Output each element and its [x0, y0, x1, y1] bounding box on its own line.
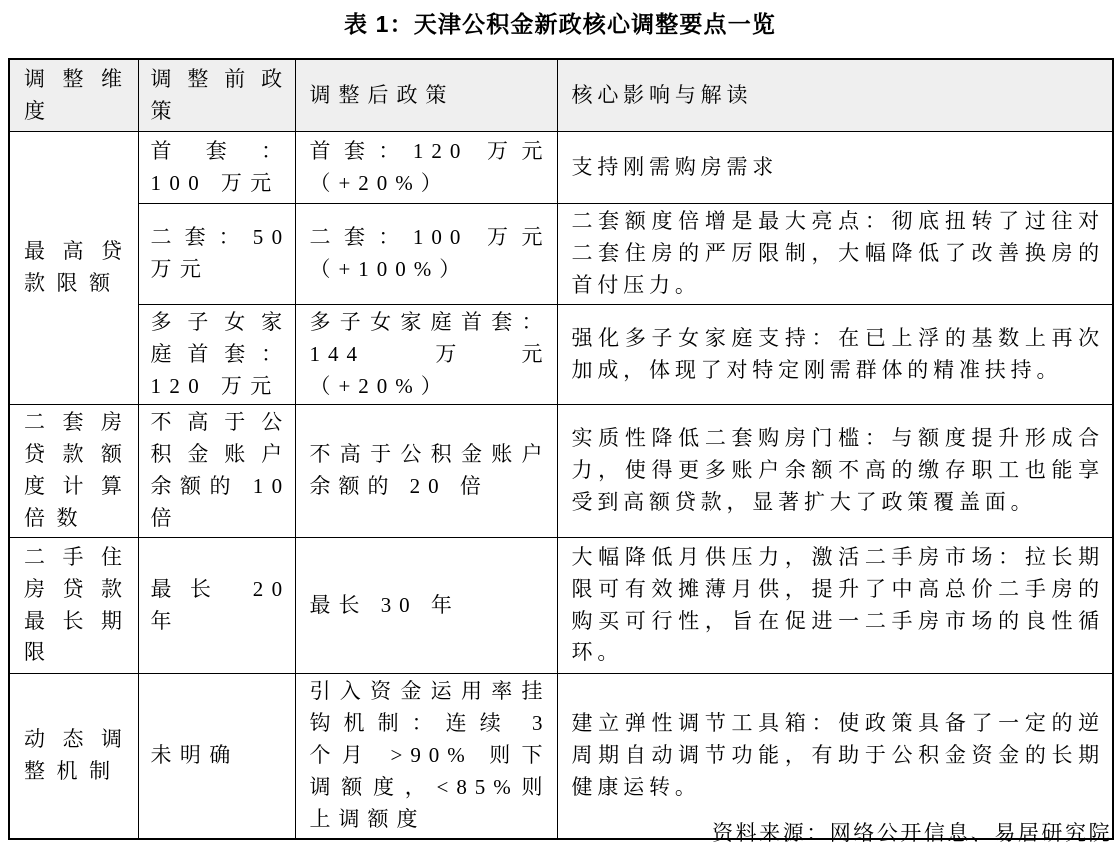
- header-cell-after: 调整后政策: [295, 59, 557, 132]
- table-header-row: 调整维度 调整前政策 调整后政策 核心影响与解读: [9, 59, 1113, 132]
- after-cell: 引入资金运用率挂钩机制：连续 3 个月 >90% 则下调额度，<85%则上调额度: [295, 674, 557, 839]
- header-cell-before: 调整前政策: [138, 59, 295, 132]
- document-page: 表 1：天津公积金新政核心调整要点一览 调整维度 调整前政策 调整后政策 核心影…: [0, 0, 1120, 848]
- before-cell: 不高于公积金账户余额的 10 倍: [138, 405, 295, 538]
- header-cell-dimension: 调整维度: [9, 59, 138, 132]
- impact-cell: 建立弹性调节工具箱：使政策具备了一定的逆周期自动调节功能，有助于公积金资金的长期…: [557, 674, 1113, 839]
- page-title: 表 1：天津公积金新政核心调整要点一览: [0, 6, 1120, 39]
- after-cell: 首套：120 万元（+20%）: [295, 132, 557, 204]
- after-cell: 不高于公积金账户余额的 20 倍: [295, 405, 557, 538]
- impact-cell: 实质性降低二套购房门槛：与额度提升形成合力，使得更多账户余额不高的缴存职工也能享…: [557, 405, 1113, 538]
- table-row: 多子女家庭首套：120 万元 多子女家庭首套：144 万元（+20%） 强化多子…: [9, 304, 1113, 405]
- policy-adjustments-table: 调整维度 调整前政策 调整后政策 核心影响与解读 最高贷款限额 首套：100 万…: [8, 58, 1114, 840]
- dimension-cell-second-home-multiplier: 二套房贷款额度计算倍数: [9, 405, 138, 538]
- before-cell: 二套：50 万元: [138, 204, 295, 305]
- header-cell-impact: 核心影响与解读: [557, 59, 1113, 132]
- before-cell: 首套：100 万元: [138, 132, 295, 204]
- after-cell: 二套：100 万元（+100%）: [295, 204, 557, 305]
- after-cell: 多子女家庭首套：144 万元（+20%）: [295, 304, 557, 405]
- before-cell: 未明确: [138, 674, 295, 839]
- impact-cell: 二套额度倍增是最大亮点：彻底扭转了过往对二套住房的严厉限制，大幅降低了改善换房的…: [557, 204, 1113, 305]
- impact-cell: 大幅降低月供压力，激活二手房市场：拉长期限可有效摊薄月供，提升了中高总价二手房的…: [557, 538, 1113, 674]
- table-row: 二套房贷款额度计算倍数 不高于公积金账户余额的 10 倍 不高于公积金账户余额的…: [9, 405, 1113, 538]
- dimension-cell-max-term-resale: 二手住房贷款最长期限: [9, 538, 138, 674]
- dimension-cell-max-loan-limit: 最高贷款限额: [9, 132, 138, 405]
- table-row: 二套：50 万元 二套：100 万元（+100%） 二套额度倍增是最大亮点：彻底…: [9, 204, 1113, 305]
- before-cell: 最长 20 年: [138, 538, 295, 674]
- table-row: 最高贷款限额 首套：100 万元 首套：120 万元（+20%） 支持刚需购房需…: [9, 132, 1113, 204]
- impact-cell: 强化多子女家庭支持：在已上浮的基数上再次加成，体现了对特定刚需群体的精准扶持。: [557, 304, 1113, 405]
- table-row: 动态调整机制 未明确 引入资金运用率挂钩机制：连续 3 个月 >90% 则下调额…: [9, 674, 1113, 839]
- source-note: 资料来源：网络公开信息、易居研究院: [712, 817, 1112, 847]
- dimension-cell-dynamic-adjustment: 动态调整机制: [9, 674, 138, 839]
- table-row: 二手住房贷款最长期限 最长 20 年 最长 30 年 大幅降低月供压力，激活二手…: [9, 538, 1113, 674]
- before-cell: 多子女家庭首套：120 万元: [138, 304, 295, 405]
- table-row: 调整维度 调整前政策 调整后政策 核心影响与解读: [9, 59, 1113, 132]
- after-cell: 最长 30 年: [295, 538, 557, 674]
- impact-cell: 支持刚需购房需求: [557, 132, 1113, 204]
